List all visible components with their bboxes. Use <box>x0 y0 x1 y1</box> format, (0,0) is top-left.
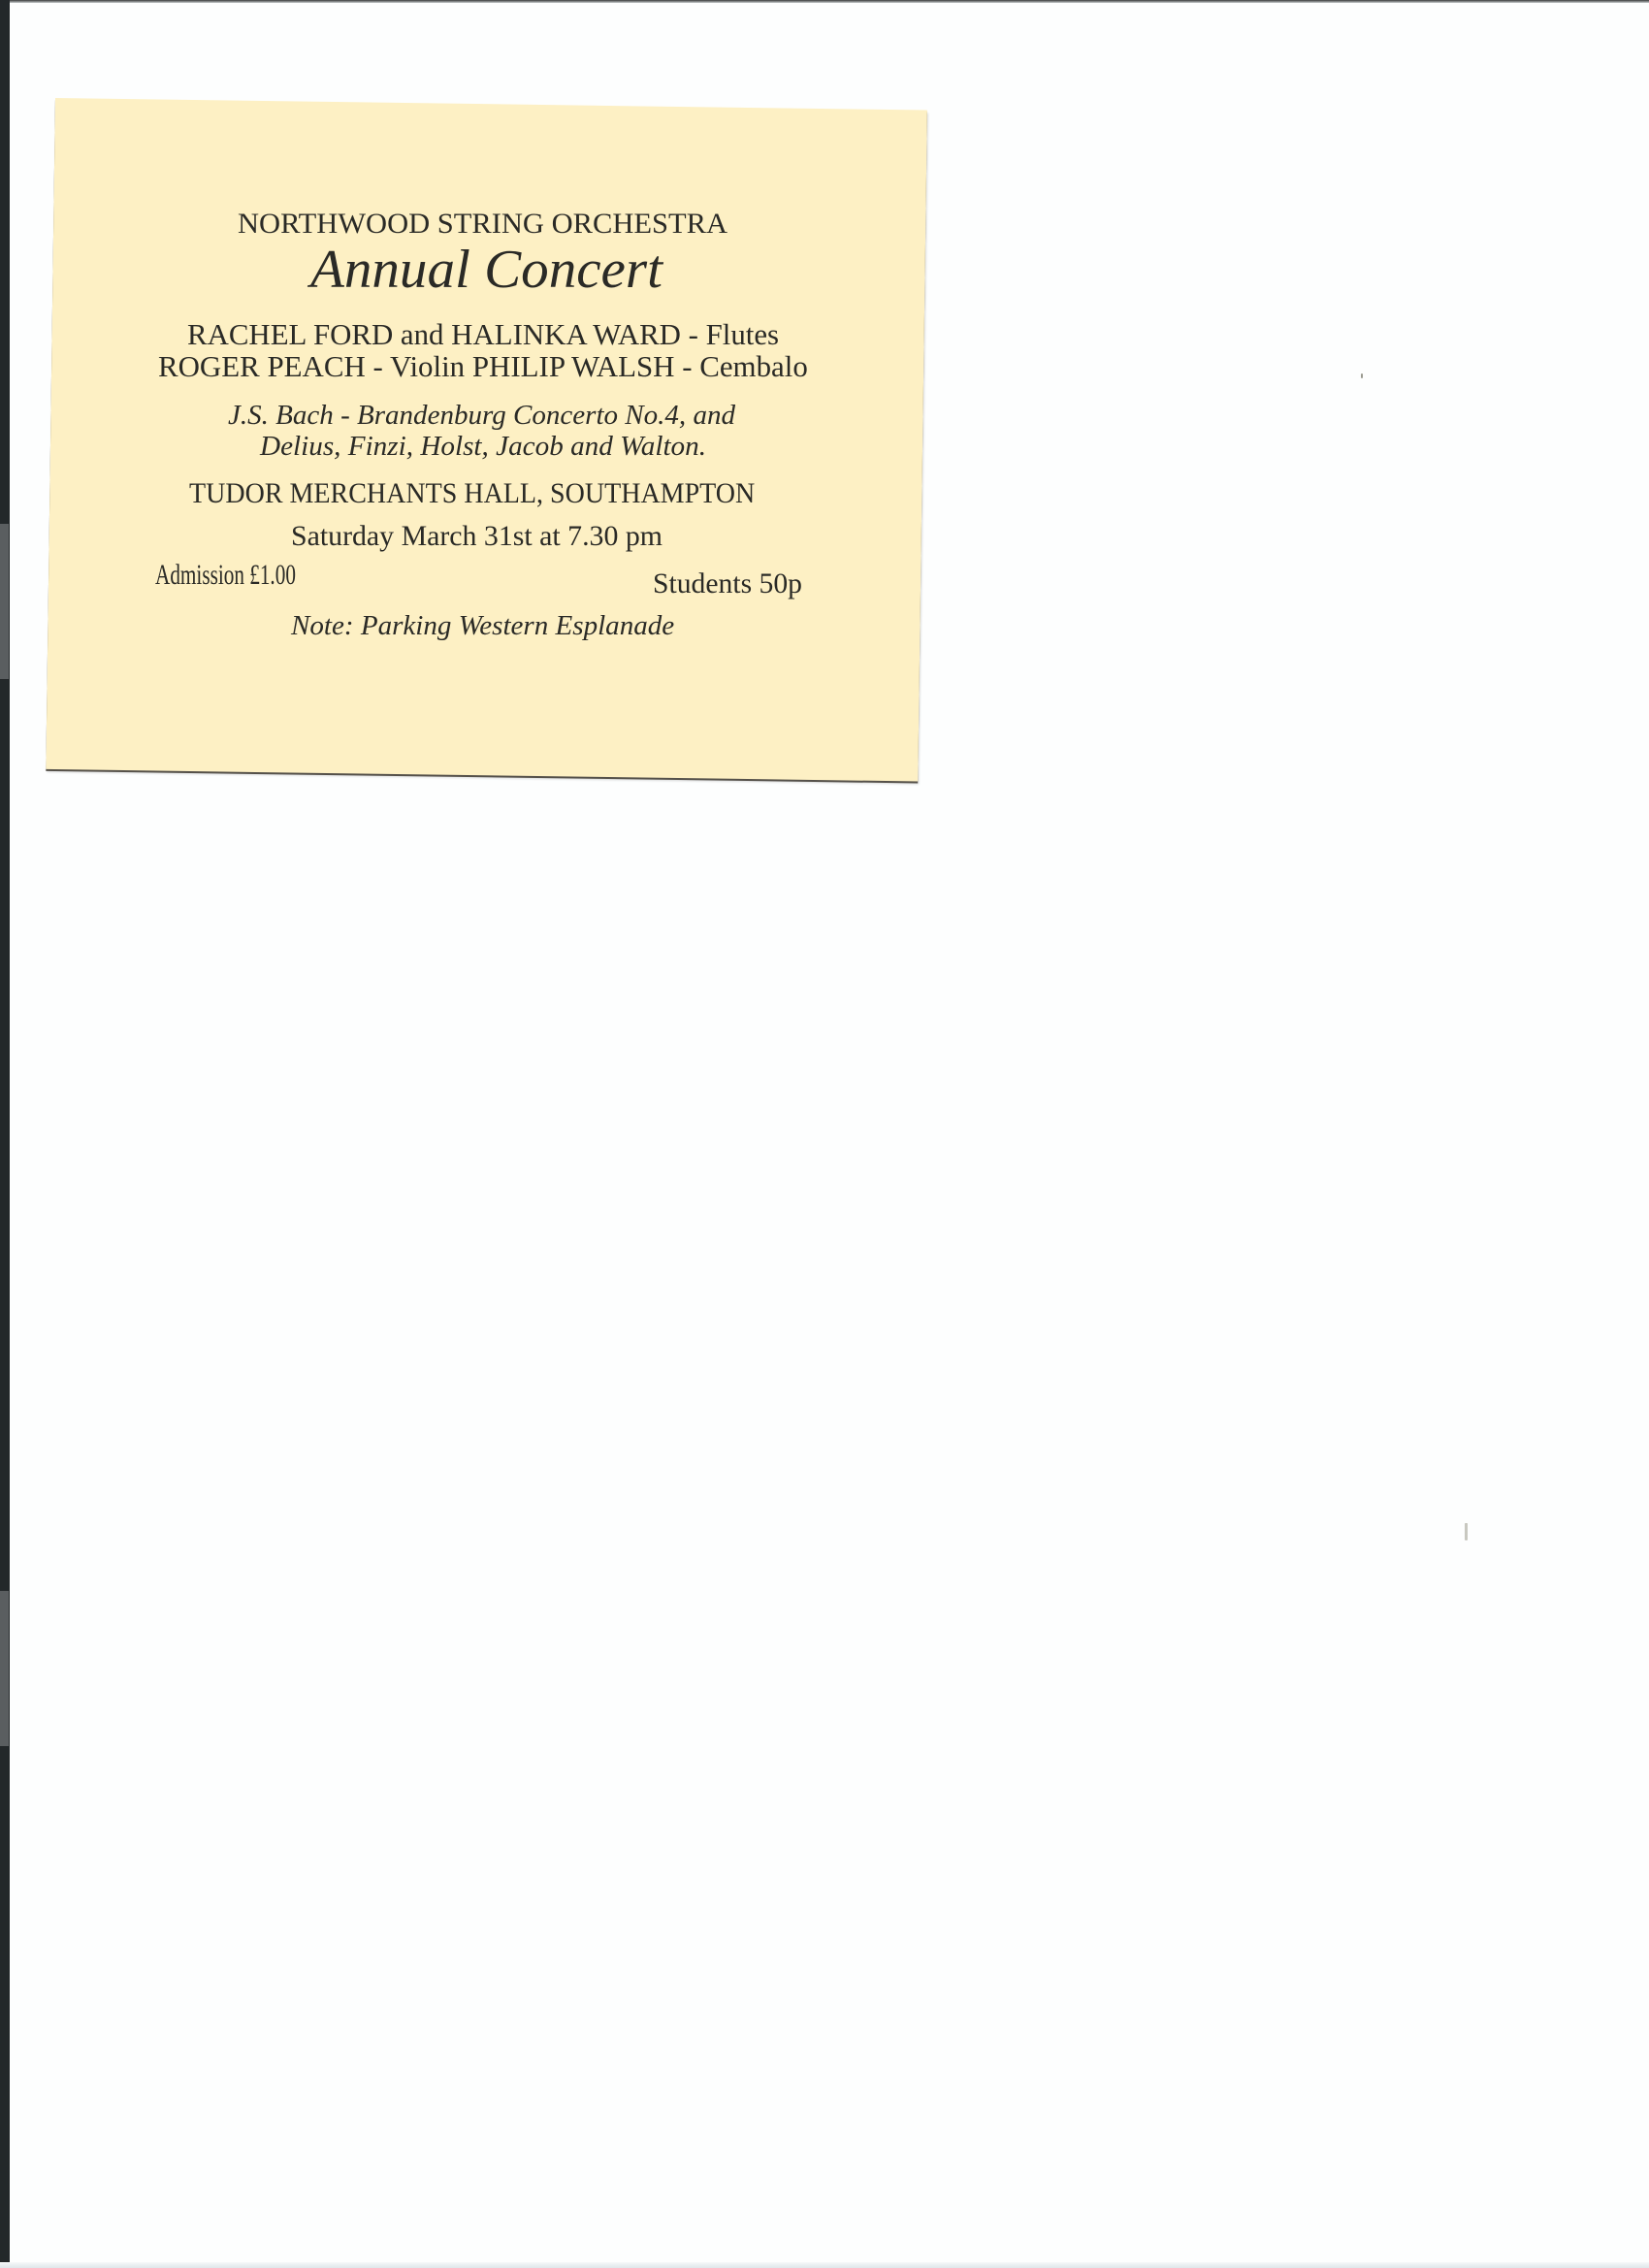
scan-edge-segment <box>0 524 9 679</box>
scan-edge-segment <box>0 1591 9 1746</box>
parking-note: Note: Parking Western Esplanade <box>291 612 674 640</box>
scan-bottom-edge <box>0 2262 1649 2268</box>
programme-line-2: Delius, Finzi, Holst, Jacob and Walton. <box>260 433 706 461</box>
venue: TUDOR MERCHANTS HALL, SOUTHAMPTON <box>189 479 755 508</box>
orchestra-name: NORTHWOOD STRING ORCHESTRA <box>238 210 727 239</box>
admission-price: Admission £1.00 <box>155 561 296 590</box>
scan-speck <box>1465 1523 1468 1540</box>
performers-violin-cembalo: ROGER PEACH - Violin PHILIP WALSH - Cemb… <box>158 351 808 381</box>
performers-flutes: RACHEL FORD and HALINKA WARD - Flutes <box>187 319 779 349</box>
scan-top-edge <box>0 0 1649 3</box>
scan-speck <box>1361 373 1363 378</box>
date-time: Saturday March 31st at 7.30 pm <box>291 522 663 551</box>
student-price: Students 50p <box>653 569 802 599</box>
programme-line-1: J.S. Bach - Brandenburg Concerto No.4, a… <box>228 402 735 430</box>
scan-left-edge <box>0 0 10 2268</box>
event-title: Annual Concert <box>310 243 663 297</box>
